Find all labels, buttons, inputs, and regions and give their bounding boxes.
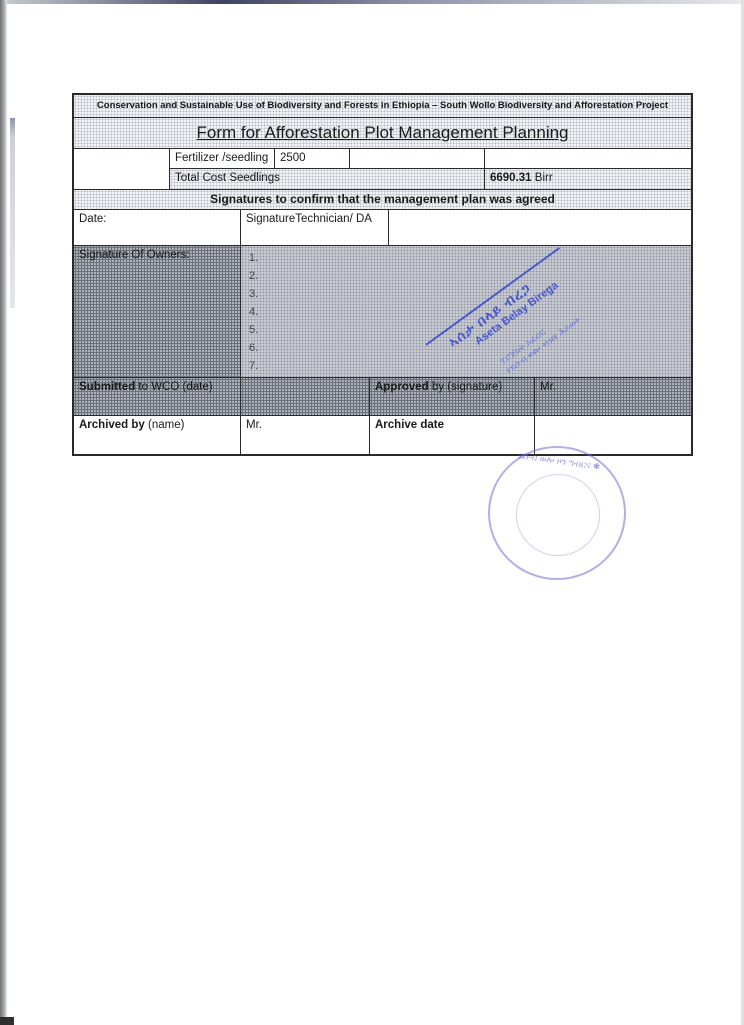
seal-ring-text: ደቡብ ወሎ ዞን ግብርና ✱ bbox=[518, 450, 601, 472]
submitted-label-rest: to WCO (date) bbox=[135, 381, 212, 393]
project-header: Conservation and Sustainable Use of Biod… bbox=[74, 95, 691, 117]
date-field[interactable]: Date: bbox=[74, 210, 241, 245]
archive-date-label: Archive date bbox=[370, 416, 535, 454]
technician-signature-field[interactable] bbox=[389, 210, 691, 245]
total-cost-value-cell[interactable]: 6690.31 Birr bbox=[485, 169, 691, 189]
total-cost-label: Total Cost Seedlings bbox=[170, 169, 485, 189]
scan-edge-left bbox=[0, 0, 7, 1025]
archived-by-label-rest: (name) bbox=[145, 419, 185, 431]
submitted-label: Submitted to WCO (date) bbox=[74, 378, 241, 415]
signatures-heading: Signatures to confirm that the managemen… bbox=[74, 190, 691, 209]
title-row: Form for Afforestation Plot Management P… bbox=[74, 118, 691, 149]
form-title: Form for Afforestation Plot Management P… bbox=[197, 123, 569, 142]
fertilizer-row: Fertilizer /seedling 2500 bbox=[170, 149, 691, 169]
form-title-cell: Form for Afforestation Plot Management P… bbox=[74, 118, 691, 148]
archived-by-field[interactable]: Mr. bbox=[241, 416, 370, 454]
owners-label: Signature Of Owners: bbox=[74, 246, 241, 377]
archived-by-label-bold: Archived by bbox=[79, 419, 145, 431]
approved-label-bold: Approved bbox=[375, 381, 429, 393]
signatures-heading-row: Signatures to confirm that the managemen… bbox=[74, 190, 691, 210]
owner-line-1[interactable]: 1. bbox=[249, 249, 686, 267]
archive-row: Archived by (name) Mr. Archive date bbox=[74, 416, 691, 454]
cost-block: Fertilizer /seedling 2500 Total Cost See… bbox=[74, 149, 691, 190]
scan-edge-top bbox=[0, 0, 744, 4]
total-cost-row: Total Cost Seedlings 6690.31 Birr bbox=[170, 169, 691, 189]
scan-artifact bbox=[10, 118, 15, 308]
submission-row: Submitted to WCO (date) Approved by (sig… bbox=[74, 378, 691, 416]
scan-corner bbox=[0, 1017, 14, 1025]
fertilizer-empty-cell[interactable] bbox=[350, 149, 485, 168]
total-cost-value: 6690.31 bbox=[490, 172, 532, 184]
archived-by-label: Archived by (name) bbox=[74, 416, 241, 454]
submitted-label-bold: Submitted bbox=[79, 381, 135, 393]
project-header-row: Conservation and Sustainable Use of Biod… bbox=[74, 95, 691, 118]
approved-signature-field[interactable]: Mr. bbox=[535, 378, 691, 415]
official-round-seal: ደቡብ ወሎ ዞን ግብርና ✱ bbox=[488, 446, 626, 580]
date-row: Date: SignatureTechnician/ DA bbox=[74, 210, 691, 246]
cost-blank-cell bbox=[74, 149, 170, 189]
seal-inner-ring bbox=[516, 474, 600, 556]
technician-signature-label: SignatureTechnician/ DA bbox=[241, 210, 389, 245]
fertilizer-label: Fertilizer /seedling bbox=[170, 149, 275, 168]
total-cost-currency: Birr bbox=[535, 172, 553, 184]
submitted-date-field[interactable] bbox=[241, 378, 370, 415]
fertilizer-value[interactable]: 2500 bbox=[275, 149, 350, 168]
fertilizer-empty-cell-2[interactable] bbox=[485, 149, 691, 168]
